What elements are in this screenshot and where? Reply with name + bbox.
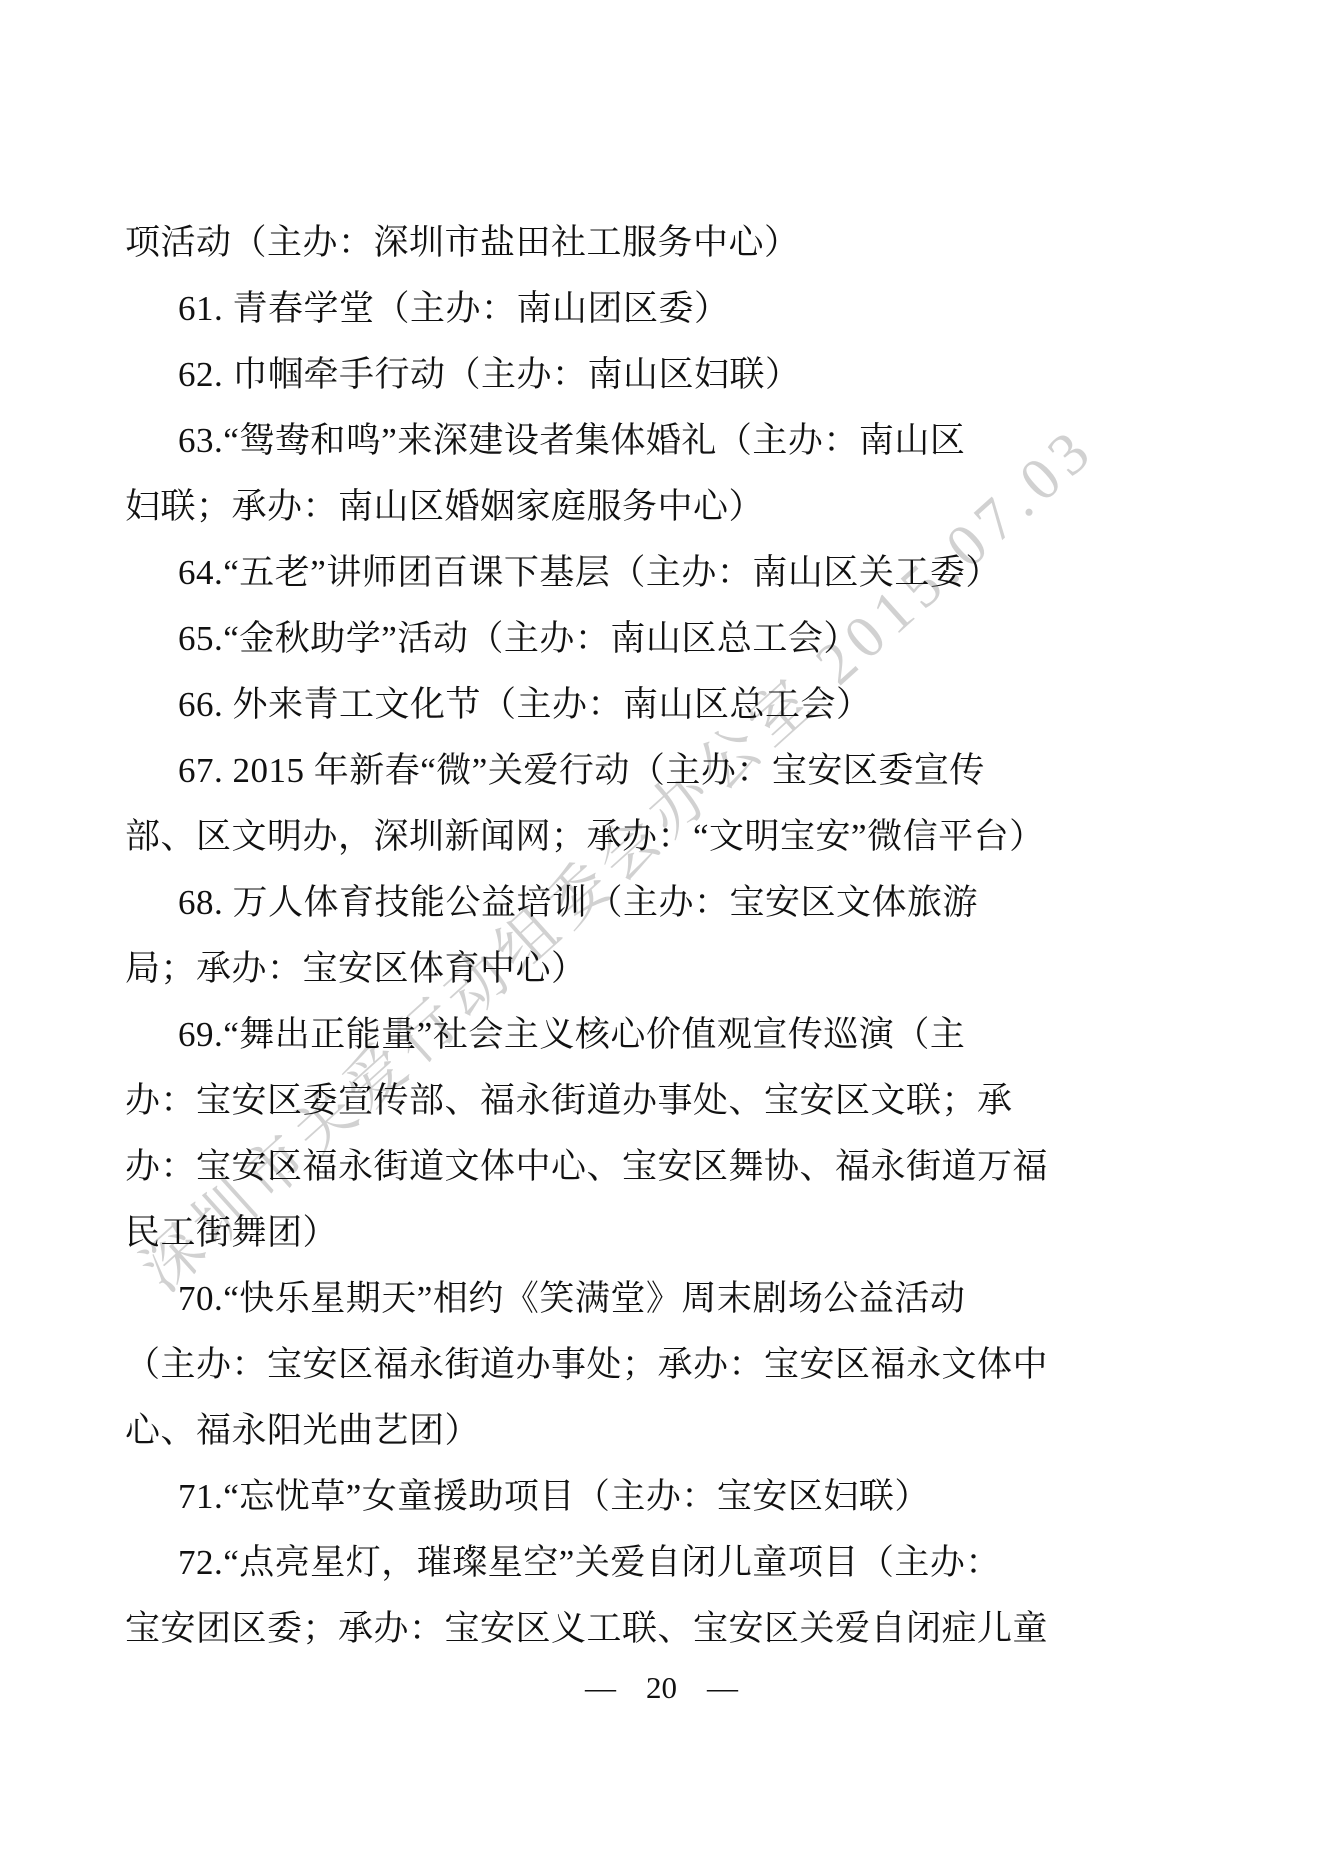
document-body: 项活动（主办：深圳市盐田社工服务中心）61. 青春学堂（主办：南山团区委）62.… (125, 210, 1205, 1662)
footer-dash-left: — (585, 1672, 616, 1703)
text-line: 69.“舞出正能量”社会主义核心价值观宣传巡演（主 (125, 1002, 1205, 1068)
text-line: 心、福永阳光曲艺团） (125, 1398, 1205, 1464)
text-line: 宝安团区委；承办：宝安区义工联、宝安区关爱自闭症儿童 (125, 1596, 1205, 1662)
text-line: （主办：宝安区福永街道办事处；承办：宝安区福永文体中 (125, 1332, 1205, 1398)
page-number: 20 (646, 1672, 677, 1703)
text-line: 61. 青春学堂（主办：南山团区委） (125, 276, 1205, 342)
text-line: 妇联；承办：南山区婚姻家庭服务中心） (125, 474, 1205, 540)
page-footer: — 20 — (0, 1672, 1323, 1703)
text-line: 68. 万人体育技能公益培训（主办：宝安区文体旅游 (125, 870, 1205, 936)
text-line: 65.“金秋助学”活动（主办：南山区总工会） (125, 606, 1205, 672)
text-line: 64.“五老”讲师团百课下基层（主办：南山区关工委） (125, 540, 1205, 606)
text-line: 局；承办：宝安区体育中心） (125, 936, 1205, 1002)
text-line: 办：宝安区福永街道文体中心、宝安区舞协、福永街道万福 (125, 1134, 1205, 1200)
text-line: 部、区文明办，深圳新闻网；承办：“文明宝安”微信平台） (125, 804, 1205, 870)
text-line: 62. 巾帼牵手行动（主办：南山区妇联） (125, 342, 1205, 408)
text-line: 72.“点亮星灯，璀璨星空”关爱自闭儿童项目（主办： (125, 1530, 1205, 1596)
text-line: 66. 外来青工文化节（主办：南山区总工会） (125, 672, 1205, 738)
text-line: 71.“忘忧草”女童援助项目（主办：宝安区妇联） (125, 1464, 1205, 1530)
text-line: 项活动（主办：深圳市盐田社工服务中心） (125, 210, 1205, 276)
text-line: 67. 2015 年新春“微”关爱行动（主办：宝安区委宣传 (125, 738, 1205, 804)
text-line: 63.“鸳鸯和鸣”来深建设者集体婚礼（主办：南山区 (125, 408, 1205, 474)
text-line: 70.“快乐星期天”相约《笑满堂》周末剧场公益活动 (125, 1266, 1205, 1332)
text-line: 民工街舞团） (125, 1200, 1205, 1266)
footer-dash-right: — (707, 1672, 738, 1703)
document-page: 深圳市关爱行动组委会办公室 2015.07.03 项活动（主办：深圳市盐田社工服… (0, 0, 1323, 1871)
text-line: 办：宝安区委宣传部、福永街道办事处、宝安区文联；承 (125, 1068, 1205, 1134)
